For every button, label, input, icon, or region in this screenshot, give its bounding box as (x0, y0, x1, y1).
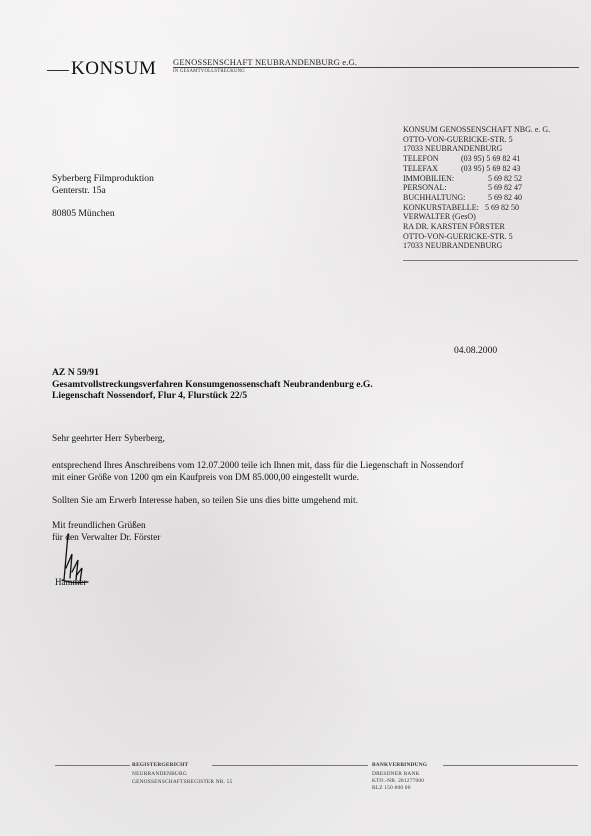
body-line: entsprechend Ihres Anschreibens vom 12.0… (52, 461, 464, 473)
footer-rule (338, 765, 368, 766)
contact-row: IMMOBILIEN: 5 69 82 52 (403, 174, 550, 184)
administrator-line: RA DR. KARSTEN FÖRSTER (403, 222, 550, 232)
sender-divider (403, 260, 578, 261)
footer-rule (55, 765, 130, 766)
subject-block: AZ N 59/91 Gesamtvollstreckungsverfahren… (52, 367, 373, 402)
recipient-address: Syberberg Filmproduktion Genterstr. 15a … (52, 173, 154, 220)
register-line: GENOSSENSCHAFTSREGISTER NR. 55 (132, 778, 233, 787)
subject-line: Gesamtvollstreckungsverfahren Konsumgeno… (52, 379, 373, 391)
sender-line: OTTO-VON-GUERICKE-STR. 5 (403, 135, 550, 145)
contact-value: 5 69 82 50 (485, 203, 519, 213)
recipient-street: Genterstr. 15a (52, 185, 154, 197)
contact-value: 5 69 82 47 (488, 183, 522, 193)
contact-label: TELEFON (403, 154, 461, 164)
letterhead-logo: KONSUM (71, 58, 156, 80)
contact-label: PERSONAL: (403, 183, 488, 193)
contact-value: (03 95) 5 69 82 41 (461, 154, 520, 164)
sender-block: KONSUM GENOSSENSCHAFT NBG. e. G. OTTO-VO… (403, 125, 550, 251)
subject-line: Liegenschaft Nossendorf, Flur 4, Flurstü… (52, 390, 373, 402)
sender-line: KONSUM GENOSSENSCHAFT NBG. e. G. (403, 125, 550, 135)
contact-label: IMMOBILIEN: (403, 174, 488, 184)
contact-label: BUCHHALTUNG: (403, 193, 488, 203)
letterhead-rule-left (47, 70, 69, 71)
administrator-line: VERWALTER (GesO) (403, 212, 550, 222)
signer-name: Hammer (55, 577, 87, 587)
letter-date: 04.08.2000 (454, 345, 497, 356)
footer-bank: BANKVERBINDUNG DRESDNER BANK KTO.-NR. 28… (372, 761, 427, 792)
bank-line: KTO.-NR. 281277000 (372, 778, 427, 785)
bank-heading: BANKVERBINDUNG (372, 761, 427, 770)
body-paragraph: Sollten Sie am Erwerb Interesse haben, s… (52, 496, 358, 506)
administrator-line: 17033 NEUBRANDENBURG (403, 241, 550, 251)
reference-number: AZ N 59/91 (52, 367, 373, 379)
contact-row: TELEFAX (03 95) 5 69 82 43 (403, 164, 550, 174)
contact-row: TELEFON (03 95) 5 69 82 41 (403, 154, 550, 164)
contact-value: (03 95) 5 69 82 43 (461, 164, 520, 174)
salutation: Sehr geehrter Herr Syberberg, (52, 434, 165, 444)
footer-rule (443, 765, 578, 766)
recipient-city: 80805 München (52, 208, 154, 220)
contact-label: KONKURSTABELLE: (403, 203, 485, 213)
contact-row: BUCHHALTUNG: 5 69 82 40 (403, 193, 550, 203)
contact-label: TELEFAX (403, 164, 461, 174)
contact-value: 5 69 82 52 (488, 174, 522, 184)
sender-line: 17033 NEUBRANDENBURG (403, 144, 550, 154)
register-heading: REGISTERGERICHT (132, 761, 233, 770)
closing-line: Mit freundlichen Grüßen (52, 521, 160, 533)
contact-value: 5 69 82 40 (488, 193, 522, 203)
letterhead-subtitle: IN GESAMTVOLLSTRECKUNG (173, 69, 245, 74)
letterhead-title: GENOSSENSCHAFT NEUBRANDENBURG e.G. (173, 57, 357, 67)
letter-page: KONSUM GENOSSENSCHAFT NEUBRANDENBURG e.G… (0, 0, 591, 836)
footer-register: REGISTERGERICHT NEUBRANDENBURG GENOSSENS… (132, 761, 233, 787)
bank-line: BLZ 150 800 00 (372, 785, 427, 792)
recipient-name: Syberberg Filmproduktion (52, 173, 154, 185)
contact-row: PERSONAL: 5 69 82 47 (403, 183, 550, 193)
register-line: NEUBRANDENBURG (132, 770, 233, 779)
bank-line: DRESDNER BANK (372, 770, 427, 779)
administrator-line: OTTO-VON-GUERICKE-STR. 5 (403, 232, 550, 242)
contact-row: KONKURSTABELLE: 5 69 82 50 (403, 203, 550, 213)
body-line: mit einer Größe von 1200 qm ein Kaufprei… (52, 473, 464, 485)
body-paragraph: entsprechend Ihres Anschreibens vom 12.0… (52, 461, 464, 484)
letterhead-rule-right (173, 67, 579, 68)
